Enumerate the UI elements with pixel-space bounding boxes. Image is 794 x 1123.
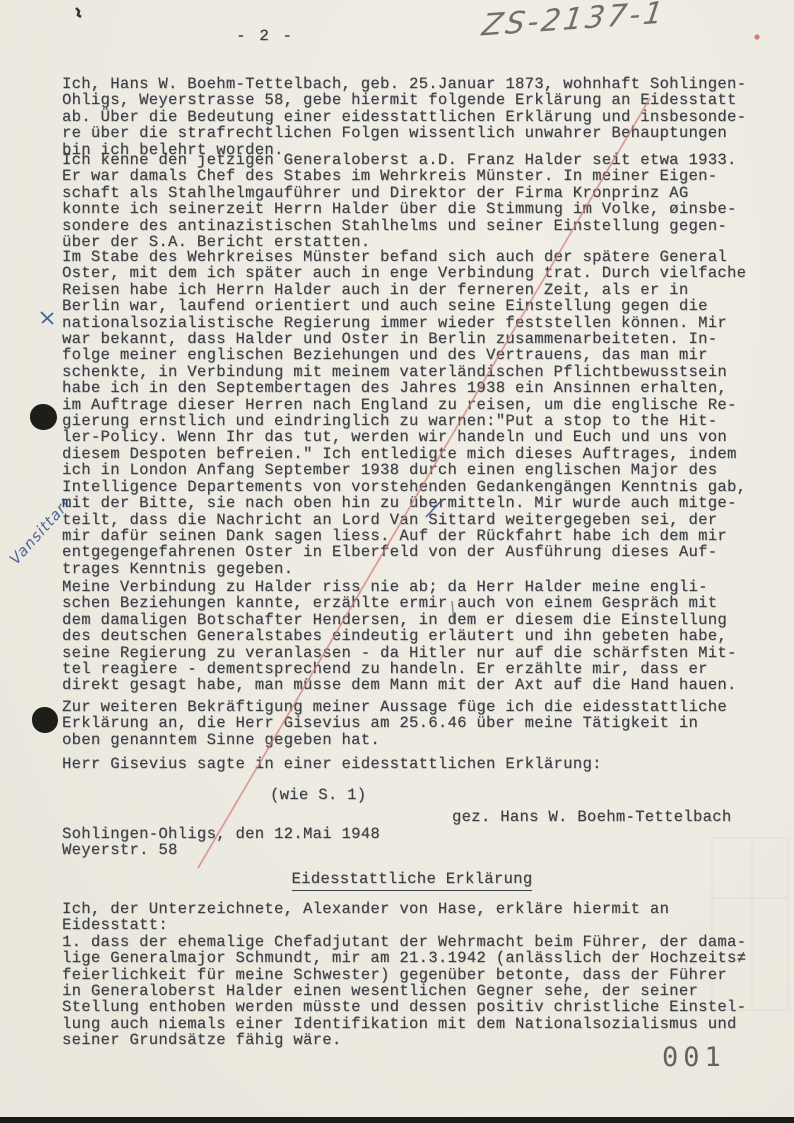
hole-punch-top [30,404,57,430]
bottom-scan-edge [0,1117,794,1123]
paragraph-declaration-intro: Ich, Hans W. Boehm-Tettelbach, geb. 25.J… [62,76,774,158]
paragraph-von-hase-statement: Ich, der Unterzeichnete, Alexander von H… [62,901,774,1049]
page-stamp-number: 001 [662,1042,726,1073]
blue-x-mark [41,312,53,324]
quote-reference: (wie S. 1) [270,787,366,803]
place-date-line: Sohlingen-Ohligs, den 12.Mai 1948 [62,826,774,842]
page-number: - 2 - [236,27,294,45]
red-speck [754,34,759,39]
hole-punch-bottom [32,707,58,733]
paragraph-knowing-halder: Ich kenne den jetzigen Generaloberst a.D… [62,152,774,250]
second-affidavit-heading-wrap: Eidesstattliche Erklärung [62,870,762,891]
paragraph-gisevius-attachment: Zur weiteren Bekräftigung meiner Aussage… [62,699,774,748]
paragraph-gisevius-said: Herr Gisevius sagte in einer eidesstattl… [62,756,774,772]
address-line: Weyerstr. 58 [62,842,774,858]
second-affidavit-heading: Eidesstattliche Erklärung [292,870,533,891]
signature-line: gez. Hans W. Boehm-Tettelbach [452,809,782,825]
handwritten-archive-reference: ZS-2137-1 [480,0,668,44]
scanned-document-page: - 2 - ZS-2137-1 Ich, Hans W. Boehm-Tette… [0,0,794,1123]
paragraph-oster-england-mission: Im Stabe des Wehrkreises Münster befand … [62,249,774,577]
paragraph-halder-henderson: Meine Verbindung zu Halder riss nie ab; … [62,579,774,694]
ink-speck [76,8,81,17]
